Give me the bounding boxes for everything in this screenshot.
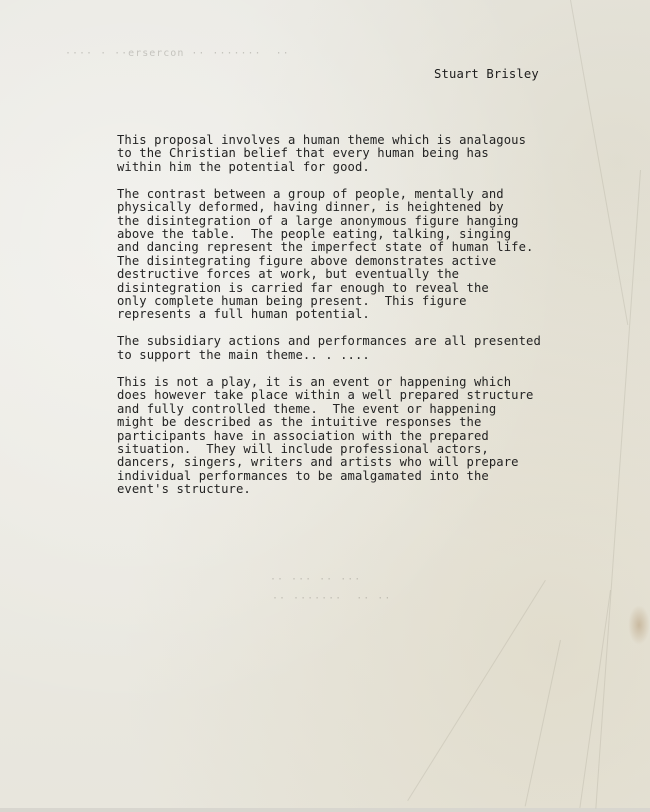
text-line: participants have in association with th… xyxy=(117,430,617,443)
paper-crease xyxy=(579,590,611,808)
text-line: only complete human being present. This … xyxy=(117,295,617,308)
typewritten-page: ···· · ··ersercon ·· ······· ·· Stuart B… xyxy=(0,0,650,808)
text-line: might be described as the intuitive resp… xyxy=(117,416,617,429)
text-line: individual performances to be amalgamate… xyxy=(117,470,617,483)
paragraph-1: This proposal involves a human theme whi… xyxy=(117,134,617,174)
faded-footer-text: ·· ······· ·· ·· xyxy=(272,593,391,604)
text-line: The subsidiary actions and performances … xyxy=(117,335,617,348)
paragraph-2: The contrast between a group of people, … xyxy=(117,188,617,322)
faded-header-text: ···· · ··ersercon ·· ······· ·· xyxy=(65,48,290,59)
text-line: dancers, singers, writers and artists wh… xyxy=(117,456,617,469)
text-line: represents a full human potential. xyxy=(117,308,617,321)
faded-footer-text: ·· ··· ·· ··· xyxy=(270,574,361,585)
text-line: does however take place within a well pr… xyxy=(117,389,617,402)
text-line: The disintegrating figure above demonstr… xyxy=(117,255,617,268)
text-line: the disintegration of a large anonymous … xyxy=(117,215,617,228)
text-line: within him the potential for good. xyxy=(117,161,617,174)
text-line: situation. They will include professiona… xyxy=(117,443,617,456)
text-line: The contrast between a group of people, … xyxy=(117,188,617,201)
paper-crease xyxy=(407,580,546,801)
text-line: and fully controlled theme. The event or… xyxy=(117,403,617,416)
text-line: disintegration is carried far enough to … xyxy=(117,282,617,295)
text-line: This is not a play, it is an event or ha… xyxy=(117,376,617,389)
text-line: destructive forces at work, but eventual… xyxy=(117,268,617,281)
text-line: to the Christian belief that every human… xyxy=(117,147,617,160)
text-line: to support the main theme.. . .... xyxy=(117,349,617,362)
paper-stain xyxy=(628,605,650,645)
proposal-body: This proposal involves a human theme whi… xyxy=(117,134,617,510)
text-line: and dancing represent the imperfect stat… xyxy=(117,241,617,254)
text-line: This proposal involves a human theme whi… xyxy=(117,134,617,147)
text-line: event's structure. xyxy=(117,483,617,496)
paper-crease xyxy=(525,640,561,806)
author-name: Stuart Brisley xyxy=(434,67,539,81)
paragraph-4: This is not a play, it is an event or ha… xyxy=(117,376,617,497)
text-line: physically deformed, having dinner, is h… xyxy=(117,201,617,214)
text-line: above the table. The people eating, talk… xyxy=(117,228,617,241)
paragraph-3: The subsidiary actions and performances … xyxy=(117,335,617,362)
